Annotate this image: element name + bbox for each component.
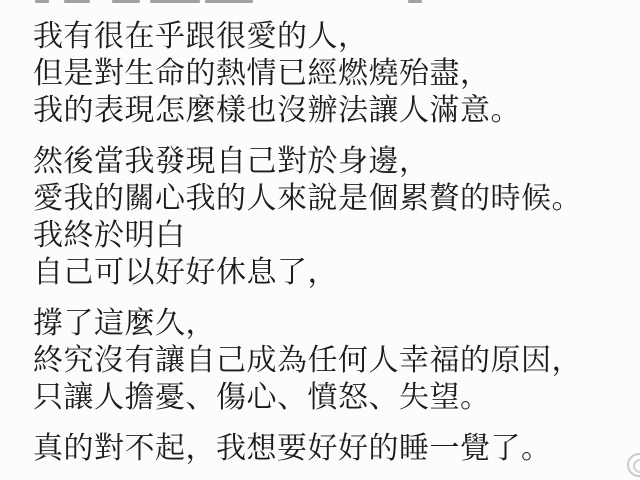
cropped-text-fragments-top: [0, 0, 640, 5]
paragraph: 真的對不起，我想要好好的睡一覺了。: [33, 430, 630, 467]
stroke-fragment: [205, 0, 253, 3]
text-line: 真的對不起，我想要好好的睡一覺了。: [33, 430, 630, 467]
stroke-fragment: [35, 0, 49, 3]
text-line: 但是對生命的熱情已經燃燒殆盡，: [33, 55, 630, 92]
text-line: 然後當我發現自己對於身邊，: [33, 143, 630, 180]
paragraph: 撐了這麼久， 終究沒有讓自己成為任何人幸福的原因， 只讓人擔憂、傷心、憤怒、失望…: [33, 305, 630, 416]
post-text: 我有很在乎跟很愛的人， 但是對生命的熱情已經燃燒殆盡， 我的表現怎麼樣也沒辦法讓…: [33, 18, 630, 480]
text-line: 只讓人擔憂、傷心、憤怒、失望。: [33, 379, 630, 416]
text-post-image: 我有很在乎跟很愛的人， 但是對生命的熱情已經燃燒殆盡， 我的表現怎麼樣也沒辦法讓…: [0, 0, 640, 480]
text-line: 撐了這麼久，: [33, 305, 630, 342]
text-line: 我有很在乎跟很愛的人，: [33, 18, 630, 55]
text-line: 我終於明白: [33, 217, 630, 254]
paragraph: 我有很在乎跟很愛的人， 但是對生命的熱情已經燃燒殆盡， 我的表現怎麼樣也沒辦法讓…: [33, 18, 630, 129]
text-line: 我的表現怎麼樣也沒辦法讓人滿意。: [33, 92, 630, 129]
text-line: 愛我的關心我的人來說是個累贅的時候。: [33, 180, 630, 217]
stroke-fragment: [64, 0, 90, 3]
stroke-fragment: [408, 0, 422, 3]
stroke-fragment: [112, 0, 140, 3]
text-line: 自己可以好好休息了，: [33, 254, 630, 291]
paragraph: 然後當我發現自己對於身邊， 愛我的關心我的人來說是個累贅的時候。 我終於明白 自…: [33, 143, 630, 291]
circular-watermark-inner-ring: [633, 459, 640, 473]
text-line: 終究沒有讓自己成為任何人幸福的原因，: [33, 342, 630, 379]
stroke-fragment: [150, 0, 200, 3]
